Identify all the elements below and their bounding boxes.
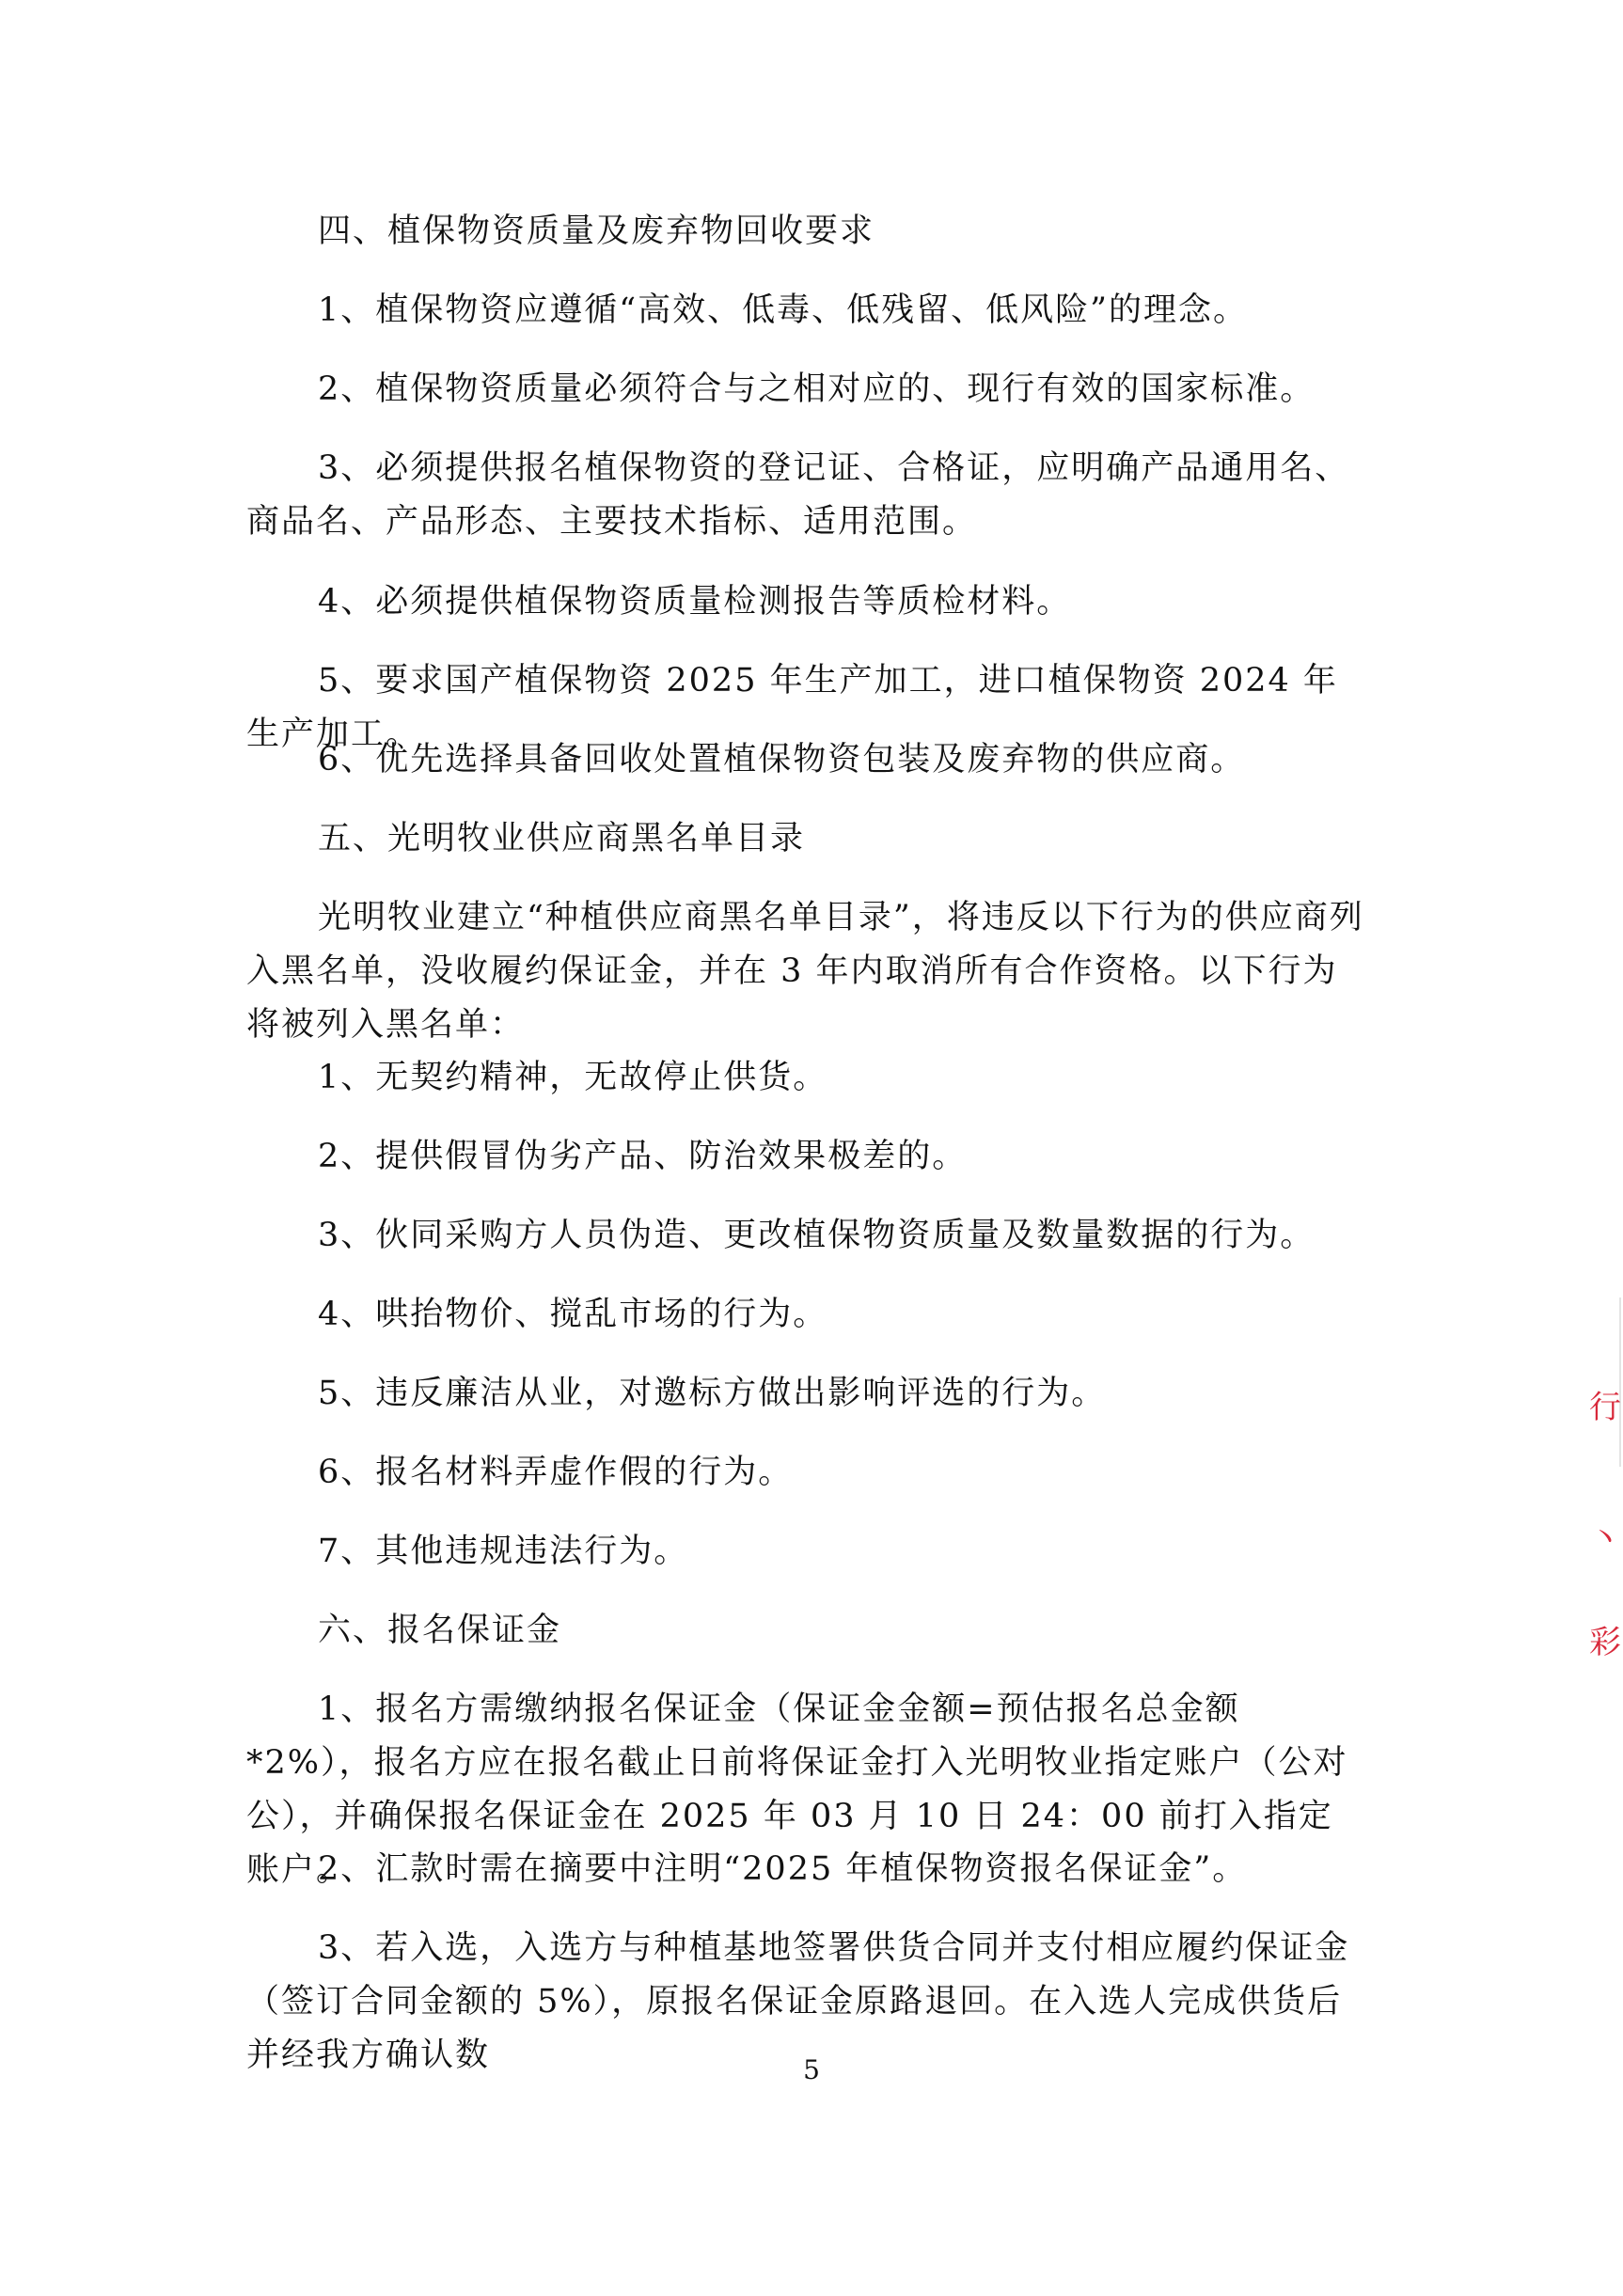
section-4-item-3: 3、必须提供报名植保物资的登记证、合格证，应明确产品通用名、商品名、产品形态、主… — [246, 442, 1365, 549]
page-number: 5 — [0, 2054, 1623, 2085]
section-5-item-5: 5、违反廉洁从业，对邀标方做出影响评选的行为。 — [246, 1367, 1365, 1421]
section-5-item-4: 4、哄抬物价、搅乱市场的行为。 — [246, 1288, 1365, 1342]
scan-edge-line — [1619, 1297, 1621, 1467]
section-4-item-1: 1、植保物资应遵循“高效、低毒、低残留、低风险”的理念。 — [246, 284, 1365, 338]
section-4-item-2: 2、植保物资质量必须符合与之相对应的、现行有效的国家标准。 — [246, 363, 1365, 417]
red-seal-fragment: 行 丶 彩 — [1589, 1392, 1617, 1702]
section-5-item-6: 6、报名材料弄虚作假的行为。 — [246, 1446, 1365, 1500]
seal-glyph: 彩 — [1589, 1627, 1621, 1659]
section-4-item-6: 6、优先选择具备回收处置植保物资包装及废弃物的供应商。 — [246, 733, 1365, 787]
section-5-item-7: 7、其他违规违法行为。 — [246, 1525, 1365, 1579]
document-page: 四、植保物资质量及废弃物回收要求 1、植保物资应遵循“高效、低毒、低残留、低风险… — [0, 0, 1623, 2296]
section-5-intro: 光明牧业建立“种植供应商黑名单目录”，将违反以下行为的供应商列入黑名单，没收履约… — [246, 891, 1365, 1052]
section-5-item-1: 1、无契约精神，无故停止供货。 — [246, 1051, 1365, 1105]
seal-glyph: 行 — [1589, 1392, 1621, 1423]
section-5-heading: 五、光明牧业供应商黑名单目录 — [246, 812, 1365, 866]
section-6-item-2: 2、汇款时需在摘要中注明“2025 年植保物资报名保证金”。 — [246, 1843, 1365, 1896]
section-5-item-2: 2、提供假冒伪劣产品、防治效果极差的。 — [246, 1130, 1365, 1184]
section-4-heading: 四、植保物资质量及废弃物回收要求 — [246, 205, 1365, 259]
section-5-item-3: 3、伙同采购方人员伪造、更改植保物资质量及数量数据的行为。 — [246, 1209, 1365, 1263]
seal-glyph: 丶 — [1589, 1523, 1621, 1555]
section-6-heading: 六、报名保证金 — [246, 1604, 1365, 1658]
section-4-item-4: 4、必须提供植保物资质量检测报告等质检材料。 — [246, 575, 1365, 629]
